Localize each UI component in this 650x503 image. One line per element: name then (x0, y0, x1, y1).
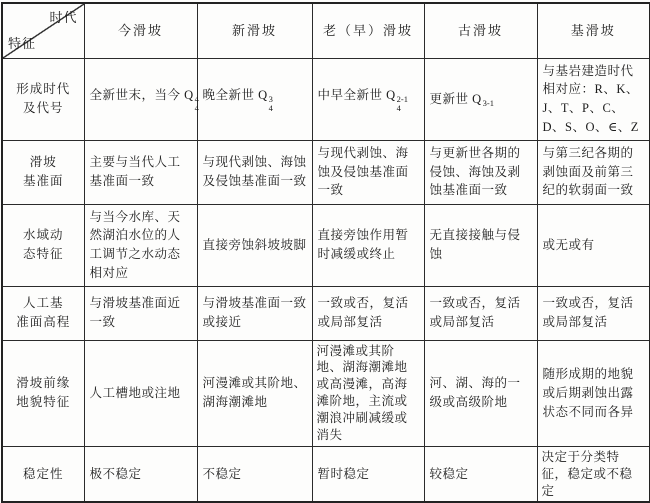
table-row-water-dynamics: 水域动 态特征 与当今水库、天然湖泊水位的人工调节之水动态相对应 直接旁蚀斜坡坡… (2, 204, 650, 286)
table-cell: 极不稳定 (84, 446, 197, 502)
row-label: 人工基 准面高程 (2, 286, 84, 340)
row-label: 滑坡前缘 地貌特征 (2, 340, 84, 446)
geologic-code: Q3-1 (472, 92, 494, 106)
row-label: 水域动 态特征 (2, 204, 84, 286)
table-cell: 与现代剥蚀、海蚀及侵蚀基准面一致 (197, 140, 312, 204)
table-cell: 河漫滩或其阶地、湖海潮滩地或高漫滩，高海滩阶地，主流或潮浪冲刷减缓或消失 (312, 340, 424, 446)
table-cell: 随形成期的地貌或后期剥蚀出露状态不同而各异 (537, 340, 650, 446)
geologic-code: Q2-14 (386, 88, 408, 102)
table-cell: 河漫滩或其阶地、湖海潮滩地 (197, 340, 312, 446)
table-cell: 全新世末，当今 Q44 (84, 58, 197, 140)
table-cell: 与滑坡基准面近一致 (84, 286, 197, 340)
table-cell: 一致或否，复活或局部复活 (424, 286, 537, 340)
table-row-artificial-datum: 人工基 准面高程 与滑坡基准面近一致 与滑坡基准面一致或接近 一致或否，复活或局… (2, 286, 650, 340)
cell-text: 更新世 (430, 92, 473, 106)
column-header-gu: 古滑坡 (424, 3, 537, 58)
table-row-front-edge-landform: 滑坡前缘 地貌特征 人工槽地或注地 河漫滩或其阶地、湖海潮滩地 河漫滩或其阶地、… (2, 340, 650, 446)
table-cell: 决定于分类特征，稳定或不稳定 (537, 446, 650, 502)
table-row-datum-plane: 滑坡 基准面 主要与当代人工基准面一致 与现代剥蚀、海蚀及侵蚀基准面一致 与现代… (2, 140, 650, 204)
table-row-stability: 稳定性 极不稳定 不稳定 暂时稳定 较稳定 决定于分类特征，稳定或不稳定 (2, 446, 650, 502)
table-cell: 直接旁蚀斜坡坡脚 (197, 204, 312, 286)
table-row-era-code: 形成时代 及代号 全新世末，当今 Q44 晚全新世 Q34 中早全新世 Q2-1… (2, 58, 650, 140)
header-row: 时代 特征 今滑坡 新滑坡 老（早）滑坡 古滑坡 基滑坡 (2, 3, 650, 58)
corner-cell: 时代 特征 (2, 3, 84, 58)
row-label: 形成时代 及代号 (2, 58, 84, 140)
geologic-code: Q44 (184, 88, 199, 102)
column-header-ji: 基滑坡 (537, 3, 650, 58)
column-header-jin: 今滑坡 (84, 3, 197, 58)
cell-text: 晚全新世 (203, 88, 259, 102)
table-cell: 中早全新世 Q2-14 (312, 58, 424, 140)
table-cell: 主要与当代人工基准面一致 (84, 140, 197, 204)
table-cell: 晚全新世 Q34 (197, 58, 312, 140)
table-cell: 与第三纪各期的剥蚀面及前第三纪的软弱面一致 (537, 140, 650, 204)
table-cell: 一致或否，复活或局部复活 (537, 286, 650, 340)
table-cell: 与现代剥蚀、海蚀及侵蚀基准面一致 (312, 140, 424, 204)
table-cell: 与基岩建造时代相对应：R、K、J、T、P、C、D、S、O、∈、Z (537, 58, 650, 140)
table-cell: 更新世 Q3-1 (424, 58, 537, 140)
table-cell: 无直接接触与侵蚀 (424, 204, 537, 286)
table-cell: 暂时稳定 (312, 446, 424, 502)
corner-label-era: 时代 (49, 8, 77, 28)
column-header-xin: 新滑坡 (197, 3, 312, 58)
cell-text: 全新世末，当今 (90, 88, 185, 102)
table-cell: 人工槽地或注地 (84, 340, 197, 446)
row-label: 滑坡 基准面 (2, 140, 84, 204)
table-cell: 与当今水库、天然湖泊水位的人工调节之水动态相对应 (84, 204, 197, 286)
table-cell: 或无或有 (537, 204, 650, 286)
table-cell: 一致或否，复活或局部复活 (312, 286, 424, 340)
table-cell: 与滑坡基准面一致或接近 (197, 286, 312, 340)
table-cell: 河、湖、海的一级或高级阶地 (424, 340, 537, 446)
table-cell: 不稳定 (197, 446, 312, 502)
table-cell: 与更新世各期的侵蚀、海蚀及剥蚀基准面一致 (424, 140, 537, 204)
corner-label-feature: 特征 (8, 34, 36, 54)
table-cell: 直接旁蚀作用暂时减缓或终止 (312, 204, 424, 286)
scanned-table-page: 时代 特征 今滑坡 新滑坡 老（早）滑坡 古滑坡 基滑坡 形成时代 及代号 全新… (0, 0, 650, 430)
column-header-lao: 老（早）滑坡 (312, 3, 424, 58)
landslide-classification-table: 时代 特征 今滑坡 新滑坡 老（早）滑坡 古滑坡 基滑坡 形成时代 及代号 全新… (1, 2, 650, 503)
cell-text: 中早全新世 (318, 88, 387, 102)
row-label: 稳定性 (2, 446, 84, 502)
table-cell: 较稳定 (424, 446, 537, 502)
geologic-code: Q34 (258, 88, 273, 102)
